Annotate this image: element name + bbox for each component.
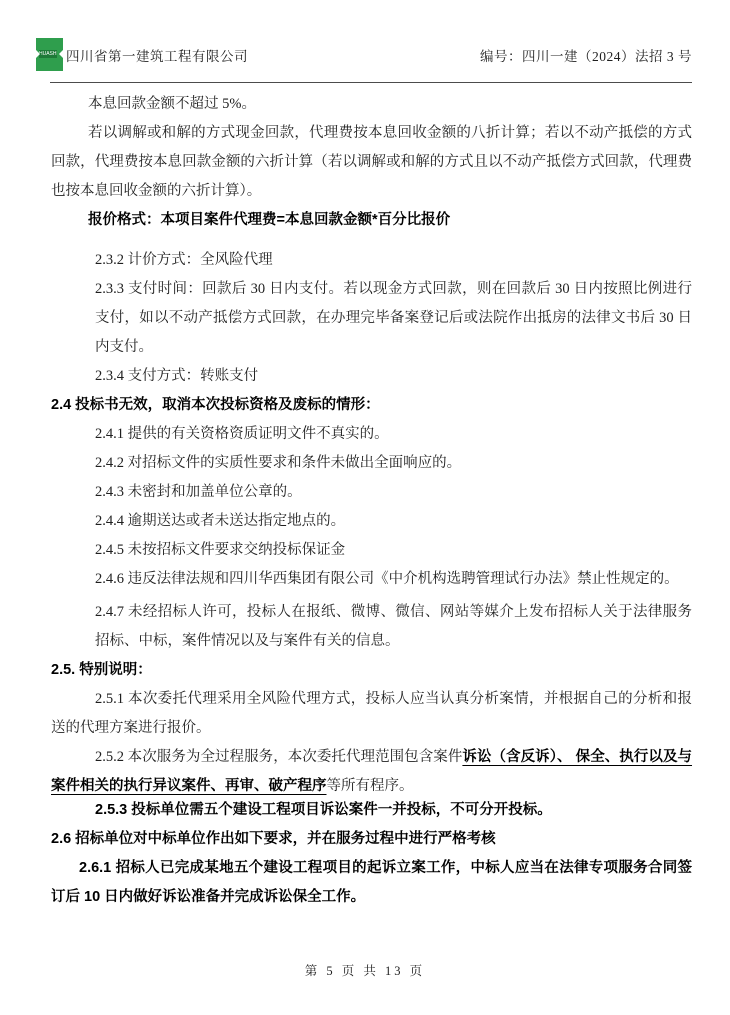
- paragraph-2-5-1: 2.5.1 本次委托代理采用全风险代理方式，投标人应当认真分析案情，并根据自己的…: [51, 685, 692, 743]
- paragraph-2-4-2: 2.4.2 对招标文件的实质性要求和条件未做出全面响应的。: [51, 449, 692, 478]
- paragraph-2-5-3: 2.5.3 投标单位需五个建设工程项目诉讼案件一并投标，不可分开投标。: [51, 796, 692, 825]
- paragraph-2-4-4: 2.4.4 逾期送达或者未送达指定地点的。: [51, 507, 692, 536]
- company-logo-icon: HUASHI: [36, 38, 63, 71]
- heading-2-5: 2.5. 特别说明：: [51, 656, 692, 685]
- document-number: 编号：四川一建（2024）法招 3 号: [480, 45, 692, 65]
- paragraph-2-6-1: 2.6.1 招标人已完成某地五个建设工程项目的起诉立案工作，中标人应当在法律专项…: [51, 854, 692, 912]
- heading-2-6: 2.6 招标单位对中标单位作出如下要求，并在服务过程中进行严格考核: [51, 825, 692, 854]
- paragraph-2-3-3: 2.3.3 支付时间：回款后 30 日内支付。若以现金方式回款，则在回款后 30…: [51, 275, 692, 362]
- paragraph-2-5-2: 2.5.2 本次服务为全过程服务，本次委托代理范围包含案件诉讼（含反诉）、 保全…: [51, 743, 692, 801]
- paragraph-opening: 本息回款金额不超过 5%。: [51, 90, 692, 119]
- company-name: 四川省第一建筑工程有限公司: [66, 45, 248, 65]
- document-page: HUASHI 四川省第一建筑工程有限公司 编号：四川一建（2024）法招 3 号…: [0, 0, 730, 1015]
- paragraph-2-4-7: 2.4.7 未经招标人许可，投标人在报纸、微博、微信、网站等媒介上发布招标人关于…: [51, 598, 692, 656]
- page-number: 第 5 页 共 13 页: [0, 961, 730, 979]
- paragraph-mediation: 若以调解或和解的方式现金回款，代理费按本息回收金额的八折计算；若以不动产抵偿的方…: [51, 119, 692, 206]
- document-body: 本息回款金额不超过 5%。 若以调解或和解的方式现金回款，代理费按本息回收金额的…: [0, 83, 730, 912]
- paragraph-2-3-4: 2.3.4 支付方式：转账支付: [51, 362, 692, 391]
- paragraph-quote-format: 报价格式：本项目案件代理费=本息回款金额*百分比报价: [51, 206, 692, 235]
- paragraph-2-3-2: 2.3.2 计价方式：全风险代理: [51, 246, 692, 275]
- paragraph-2-4-3: 2.4.3 未密封和加盖单位公章的。: [51, 478, 692, 507]
- page-header: HUASHI 四川省第一建筑工程有限公司 编号：四川一建（2024）法招 3 号: [0, 0, 730, 71]
- paragraph-2-4-1: 2.4.1 提供的有关资格资质证明文件不真实的。: [51, 420, 692, 449]
- heading-2-4: 2.4 投标书无效，取消本次投标资格及废标的情形：: [51, 391, 692, 420]
- paragraph-2-4-6: 2.4.6 违反法律法规和四川华西集团有限公司《中介机构选聘管理试行办法》禁止性…: [51, 565, 692, 594]
- paragraph-2-4-5: 2.4.5 未按招标文件要求交纳投标保证金: [51, 536, 692, 565]
- logo-text: HUASHI: [39, 50, 57, 58]
- paragraph-2-5-2-lead: 2.5.2 本次服务为全过程服务，本次委托代理范围包含案件: [95, 749, 462, 765]
- paragraph-2-5-2-tail: 等所有程序。: [327, 778, 414, 794]
